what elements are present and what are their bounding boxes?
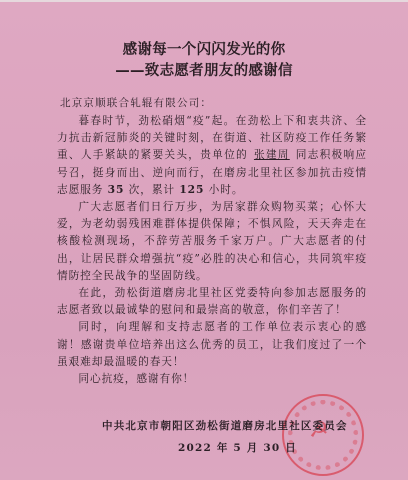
official-seal: ☭ <box>282 394 364 476</box>
letter-title: 感谢每一个闪闪发光的你 <box>0 38 408 59</box>
paragraph-1-text-d: 小时。 <box>209 183 244 196</box>
service-count: 35 <box>108 183 125 196</box>
paragraph-1: 暮春时节，劲松硝烟“疫”起。在劲松上下和衷共济、全力抗击新冠肺炎的关键时刻，在街… <box>57 112 367 198</box>
letter-paper: 感谢每一个闪闪发光的你 ——致志愿者朋友的感谢信 北京京顺联合轧辊有限公司： 暮… <box>0 0 408 480</box>
salutation: 北京京顺联合轧辊有限公司： <box>60 95 212 110</box>
paragraph-2: 广大志愿者们日行万步，为居家群众购物买菜；心怀大爱，为老幼弱残困难群体提供保障；… <box>57 198 367 284</box>
volunteer-name: 张建周 <box>248 148 296 161</box>
letter-subtitle: ——致志愿者朋友的感谢信 <box>0 59 408 80</box>
date: 2022 年 5 月 30 日 <box>178 440 408 455</box>
paragraph-5: 同心抗疫，感谢有你！ <box>57 370 367 387</box>
paper-top-edge <box>0 0 408 2</box>
service-hours: 125 <box>179 183 204 196</box>
signature: 中共北京市朝阳区劲松街道磨房北里社区委员会 <box>102 418 408 433</box>
paragraph-1-text-c: 次，累计 <box>129 183 175 196</box>
paragraph-4: 同时，向理解和支持志愿者的工作单位表示衷心的感谢！感谢贵单位培养出这么优秀的员工… <box>57 318 367 370</box>
paragraph-3: 在此，劲松街道磨房北里社区党委特向参加志愿服务的志愿者致以最诚挚的慰问和最崇高的… <box>57 284 367 318</box>
letter-body: 暮春时节，劲松硝烟“疫”起。在劲松上下和衷共济、全力抗击新冠肺炎的关键时刻，在街… <box>57 112 367 387</box>
